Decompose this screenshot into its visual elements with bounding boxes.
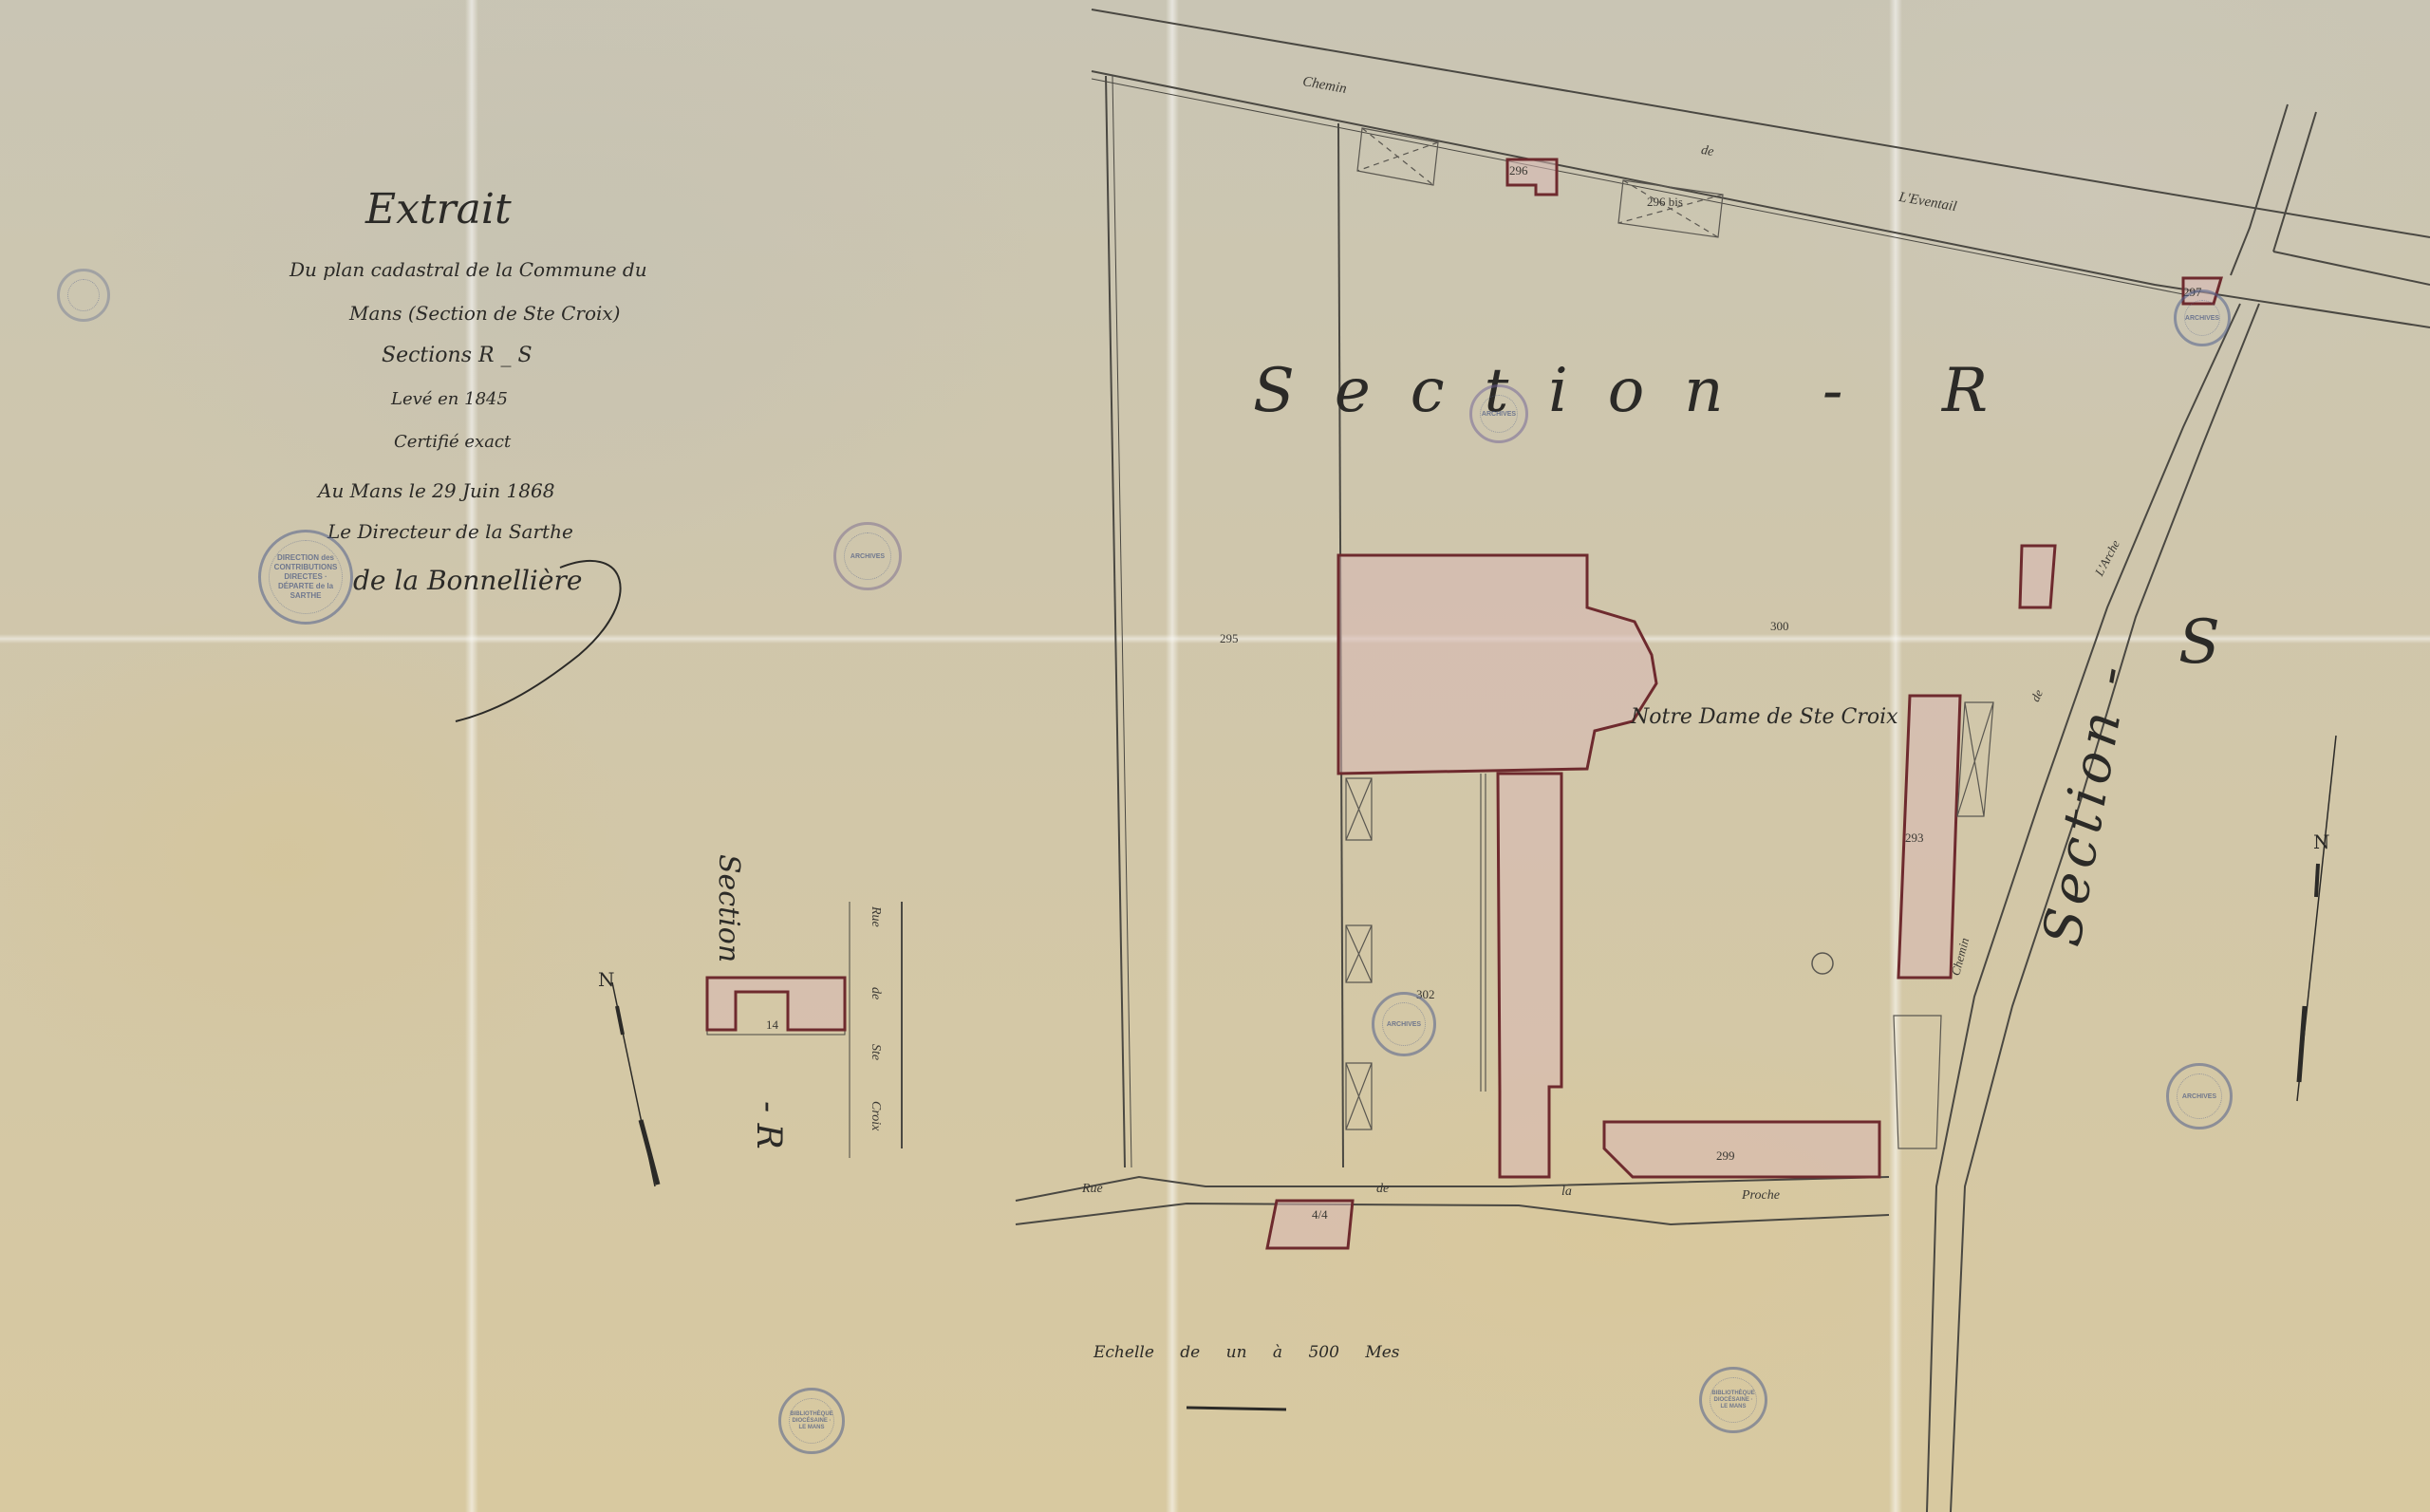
stamp-text: BIBLIOTHÈQUE DIOCÉSAINE · LE MANS xyxy=(1700,1379,1766,1422)
stamp-archives: ARCHIVES xyxy=(2166,1063,2233,1129)
inset-road-rue: Rue xyxy=(868,906,883,927)
stamp-text: DIRECTION des CONTRIBUTIONS DIRECTES · D… xyxy=(261,540,351,614)
inset-road-de: de xyxy=(868,987,883,999)
road-label-de: de xyxy=(1700,143,1715,160)
signature: de la Bonnellière xyxy=(353,565,582,596)
stamp-text: BIBLIOTHÈQUE DIOCÉSAINE · LE MANS xyxy=(778,1400,844,1443)
stamp-archives: ARCHIVES xyxy=(833,522,902,590)
stamp-archives: ARCHIVES xyxy=(1372,992,1436,1056)
inset-road-croix: Croix xyxy=(868,1101,883,1130)
section-s-letter: S xyxy=(2178,607,2220,678)
section-r-label: Section - R xyxy=(1253,356,2028,426)
stamp-bibliotheque: BIBLIOTHÈQUE DIOCÉSAINE · LE MANS xyxy=(778,1388,845,1454)
church-building xyxy=(1338,555,1656,774)
stamp-bibliotheque: BIBLIOTHÈQUE DIOCÉSAINE · LE MANS xyxy=(1699,1367,1767,1433)
title-line-1: Du plan cadastral de la Commune du xyxy=(290,258,647,281)
stamp-faded xyxy=(57,269,110,322)
stamp-archives: ARCHIVES xyxy=(2174,289,2231,346)
scale-bar xyxy=(1187,1408,1286,1409)
stamp-archives: ARCHIVES xyxy=(1469,384,1528,443)
stamp-text: ARCHIVES xyxy=(850,553,885,560)
stamp-contributions: DIRECTION des CONTRIBUTIONS DIRECTES · D… xyxy=(258,530,353,625)
road-label-de: de xyxy=(1376,1182,1389,1197)
stamp-text: ARCHIVES xyxy=(1387,1021,1421,1028)
road-label-la: la xyxy=(1561,1185,1572,1200)
parcel-4-4: 4/4 xyxy=(1312,1207,1328,1223)
landmark-notre-dame: Notre Dame de Ste Croix xyxy=(1631,705,1898,729)
parcel-295: 295 xyxy=(1220,631,1239,646)
stamp-text: ARCHIVES xyxy=(1482,411,1516,418)
north-arrow-left xyxy=(612,982,658,1186)
road-edge-north xyxy=(1092,9,2430,237)
inset-section-label: Section xyxy=(712,854,745,962)
road-label-rue: Rue xyxy=(1082,1182,1103,1197)
north-arrow-right xyxy=(2297,736,2336,1101)
parcel-296: 296 xyxy=(1509,163,1528,178)
title-line-2: Mans (Section de Ste Croix) xyxy=(349,302,620,325)
title-line-4: Levé en 1845 xyxy=(391,389,508,409)
parcel-299: 299 xyxy=(1716,1148,1735,1164)
title-line-5: Certifié exact xyxy=(394,432,511,452)
north-label-right: N xyxy=(2313,831,2330,853)
road-label-proche: Proche xyxy=(1742,1188,1780,1204)
inset-parcel: 14 xyxy=(766,1017,778,1033)
scale-text: Echelle de un à 500 Mes xyxy=(1093,1343,1400,1362)
title-line-6: Au Mans le 29 Juin 1868 xyxy=(318,479,554,502)
stamp-text: ARCHIVES xyxy=(2185,315,2219,322)
title-line-3: Sections R _ S xyxy=(382,344,533,367)
stamp-text: ARCHIVES xyxy=(2182,1093,2216,1100)
inset-road-ste: Ste xyxy=(868,1044,883,1060)
north-label-left: N xyxy=(598,968,615,991)
parcel-296bis: 296 bis xyxy=(1647,195,1683,210)
parcel-293: 293 xyxy=(1905,831,1924,846)
title-extrait: Extrait xyxy=(365,185,512,233)
inset-section-letter: - R xyxy=(749,1101,788,1149)
title-line-7: Le Directeur de la Sarthe xyxy=(327,520,573,543)
road-edge-south xyxy=(1092,71,2430,327)
parcel-300: 300 xyxy=(1770,619,1789,634)
